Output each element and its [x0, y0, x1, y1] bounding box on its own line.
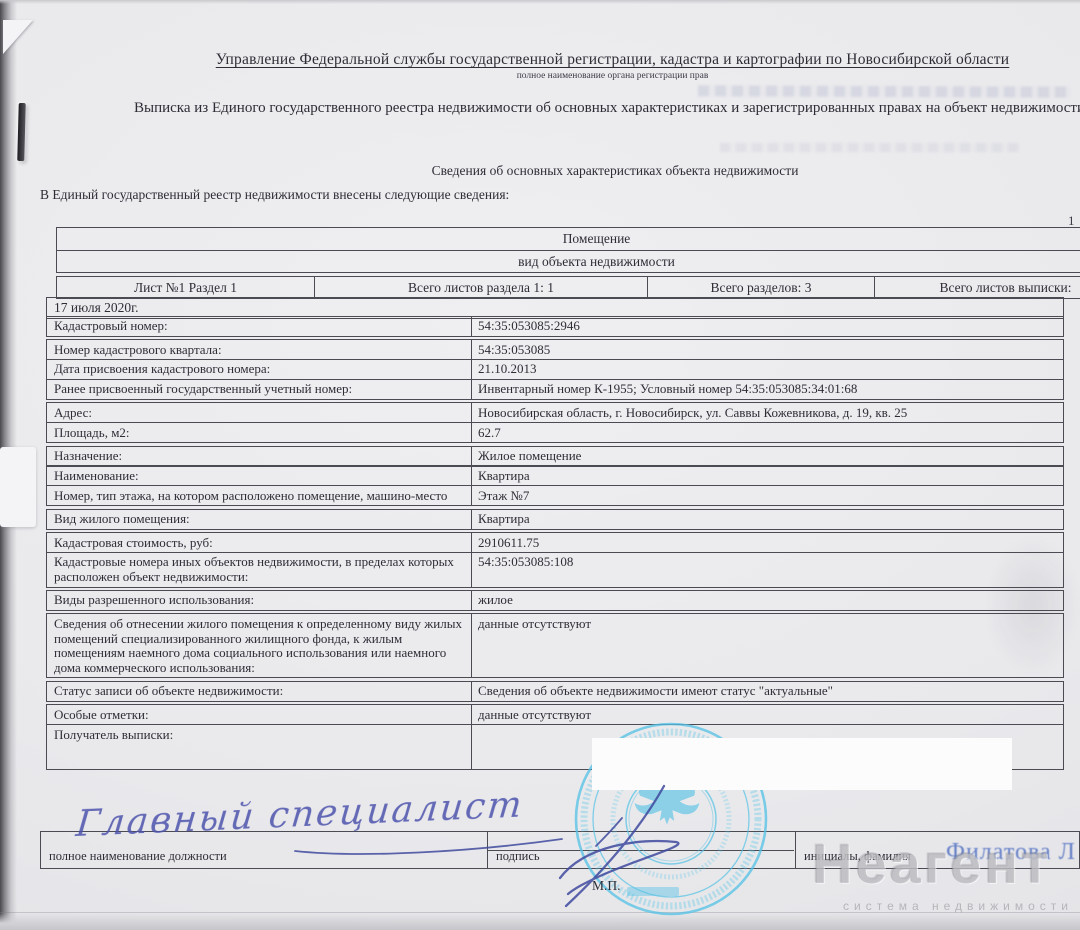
paper-side-tab	[0, 447, 36, 527]
attribute-label: Получатель выписки:	[47, 725, 471, 769]
object-kind-caption: вид объекта недвижимости	[57, 250, 1080, 272]
attribute-label: Виды разрешенного использования:	[47, 591, 471, 610]
scanned-document-page: Управление Федеральной службы государств…	[0, 0, 1080, 930]
attribute-value: 54:35:053085	[471, 340, 1063, 359]
redaction-box	[592, 738, 1012, 790]
attribute-value: 21.10.2013	[471, 360, 1063, 379]
attribute-value: 54:35:053085:108	[471, 553, 1063, 587]
registering-authority-title: Управление Федеральной службы государств…	[0, 51, 1080, 69]
attribute-value: Сведения об объекте недвижимости имеют с…	[471, 682, 1063, 701]
attribute-row: Площадь, м2: 62.7	[46, 422, 1064, 443]
attribute-label: Адрес:	[47, 403, 471, 422]
attribute-row: Наименование: Квартира	[46, 465, 1064, 486]
attribute-label: Сведения об отнесении жилого помещения к…	[47, 614, 471, 677]
section-heading: Сведения об основных характеристиках объ…	[0, 163, 1080, 179]
attribute-label: Наименование:	[47, 466, 471, 485]
staple	[17, 103, 26, 161]
attribute-row: Сведения об отнесении жилого помещения к…	[46, 613, 1064, 678]
attribute-value: 2910611.75	[471, 533, 1063, 552]
scan-bottom-edge	[0, 913, 1080, 930]
total-sheets-cell: Всего листов выписки:	[875, 277, 1080, 298]
object-kind-value: Помещение	[57, 228, 1080, 250]
attribute-label: Кадастровые номера иных объектов недвижи…	[47, 553, 471, 587]
attribute-label: Кадастровая стоимость, руб:	[47, 533, 471, 552]
attribute-label: Площадь, м2:	[47, 423, 471, 442]
attributes-table: Кадастровый номер: 54:35:053085:2946 Ном…	[46, 317, 1064, 770]
attribute-value: Жилое помещение	[471, 447, 1063, 466]
attribute-value: Новосибирская область, г. Новосибирск, у…	[471, 403, 1063, 422]
attribute-row: Адрес: Новосибирская область, г. Новосиб…	[46, 402, 1064, 423]
intro-line: В Единый государственный реестр недвижим…	[40, 187, 509, 203]
attribute-label: Ранее присвоенный государственный учетны…	[47, 380, 471, 399]
attribute-row: Виды разрешенного использования: жилое	[46, 590, 1064, 611]
attribute-value: 54:35:053085:2946	[471, 317, 1063, 336]
attribute-label: Вид жилого помещения:	[47, 510, 471, 529]
ink-bleed-through	[720, 143, 1020, 152]
seal-number-band	[627, 887, 679, 896]
object-kind-table: Помещение вид объекта недвижимости	[56, 227, 1080, 273]
watermark-logo: Неагент	[812, 831, 1051, 896]
attribute-label: Статус записи об объекте недвижимости:	[47, 682, 471, 701]
attribute-row: Кадастровые номера иных объектов недвижи…	[46, 552, 1064, 588]
attribute-value: 62.7	[471, 423, 1063, 442]
attribute-row: Номер, тип этажа, на котором расположено…	[46, 485, 1064, 506]
total-sections-cell: Всего разделов: 3	[648, 277, 875, 298]
sheet-info-row: Лист №1 Раздел 1 Всего листов раздела 1:…	[56, 276, 1080, 299]
attribute-row: Кадастровый номер: 54:35:053085:2946	[46, 316, 1064, 337]
watermark-tagline: система недвижимости	[843, 899, 1073, 913]
attribute-row: Статус записи об объекте недвижимости: С…	[46, 681, 1064, 702]
attribute-label: Кадастровый номер:	[47, 317, 471, 336]
attribute-label: Особые отметки:	[47, 705, 471, 724]
authority-caption: полное наименование органа регистрации п…	[0, 71, 1080, 81]
attribute-row: Дата присвоения кадастрового номера: 21.…	[46, 359, 1064, 380]
attribute-value: Квартира	[471, 510, 1063, 529]
attribute-row: Особые отметки: данные отсутствуют	[46, 704, 1064, 725]
attribute-row: Вид жилого помещения: Квартира	[46, 509, 1064, 530]
scan-top-edge	[0, 0, 1080, 4]
attribute-value: данные отсутствуют	[471, 614, 1063, 677]
attribute-row: Ранее присвоенный государственный учетны…	[46, 379, 1064, 400]
seal-place-label: М.П.	[592, 878, 621, 894]
attribute-value: Инвентарный номер К-1955; Условный номер…	[471, 380, 1063, 399]
attribute-label: Номер, тип этажа, на котором расположено…	[47, 486, 471, 505]
section-sheets-cell: Всего листов раздела 1: 1	[315, 277, 648, 298]
page-corner-fold	[3, 20, 33, 54]
attribute-row: Номер кадастрового квартала: 54:35:05308…	[46, 339, 1064, 360]
ink-bleed-through	[698, 85, 1070, 97]
attribute-row: Кадастровая стоимость, руб: 2910611.75	[46, 532, 1064, 553]
attribute-label: Номер кадастрового квартала:	[47, 340, 471, 359]
document-title: Выписка из Единого государственного реес…	[134, 100, 1080, 117]
sheet-number-cell: Лист №1 Раздел 1	[57, 277, 315, 298]
attribute-row: Назначение: Жилое помещение	[46, 446, 1064, 467]
attribute-value: Этаж №7	[471, 486, 1063, 505]
attribute-label: Дата присвоения кадастрового номера:	[47, 360, 471, 379]
attribute-value: Квартира	[471, 466, 1063, 485]
attribute-value: жилое	[471, 591, 1063, 610]
attribute-label: Назначение:	[47, 447, 471, 466]
